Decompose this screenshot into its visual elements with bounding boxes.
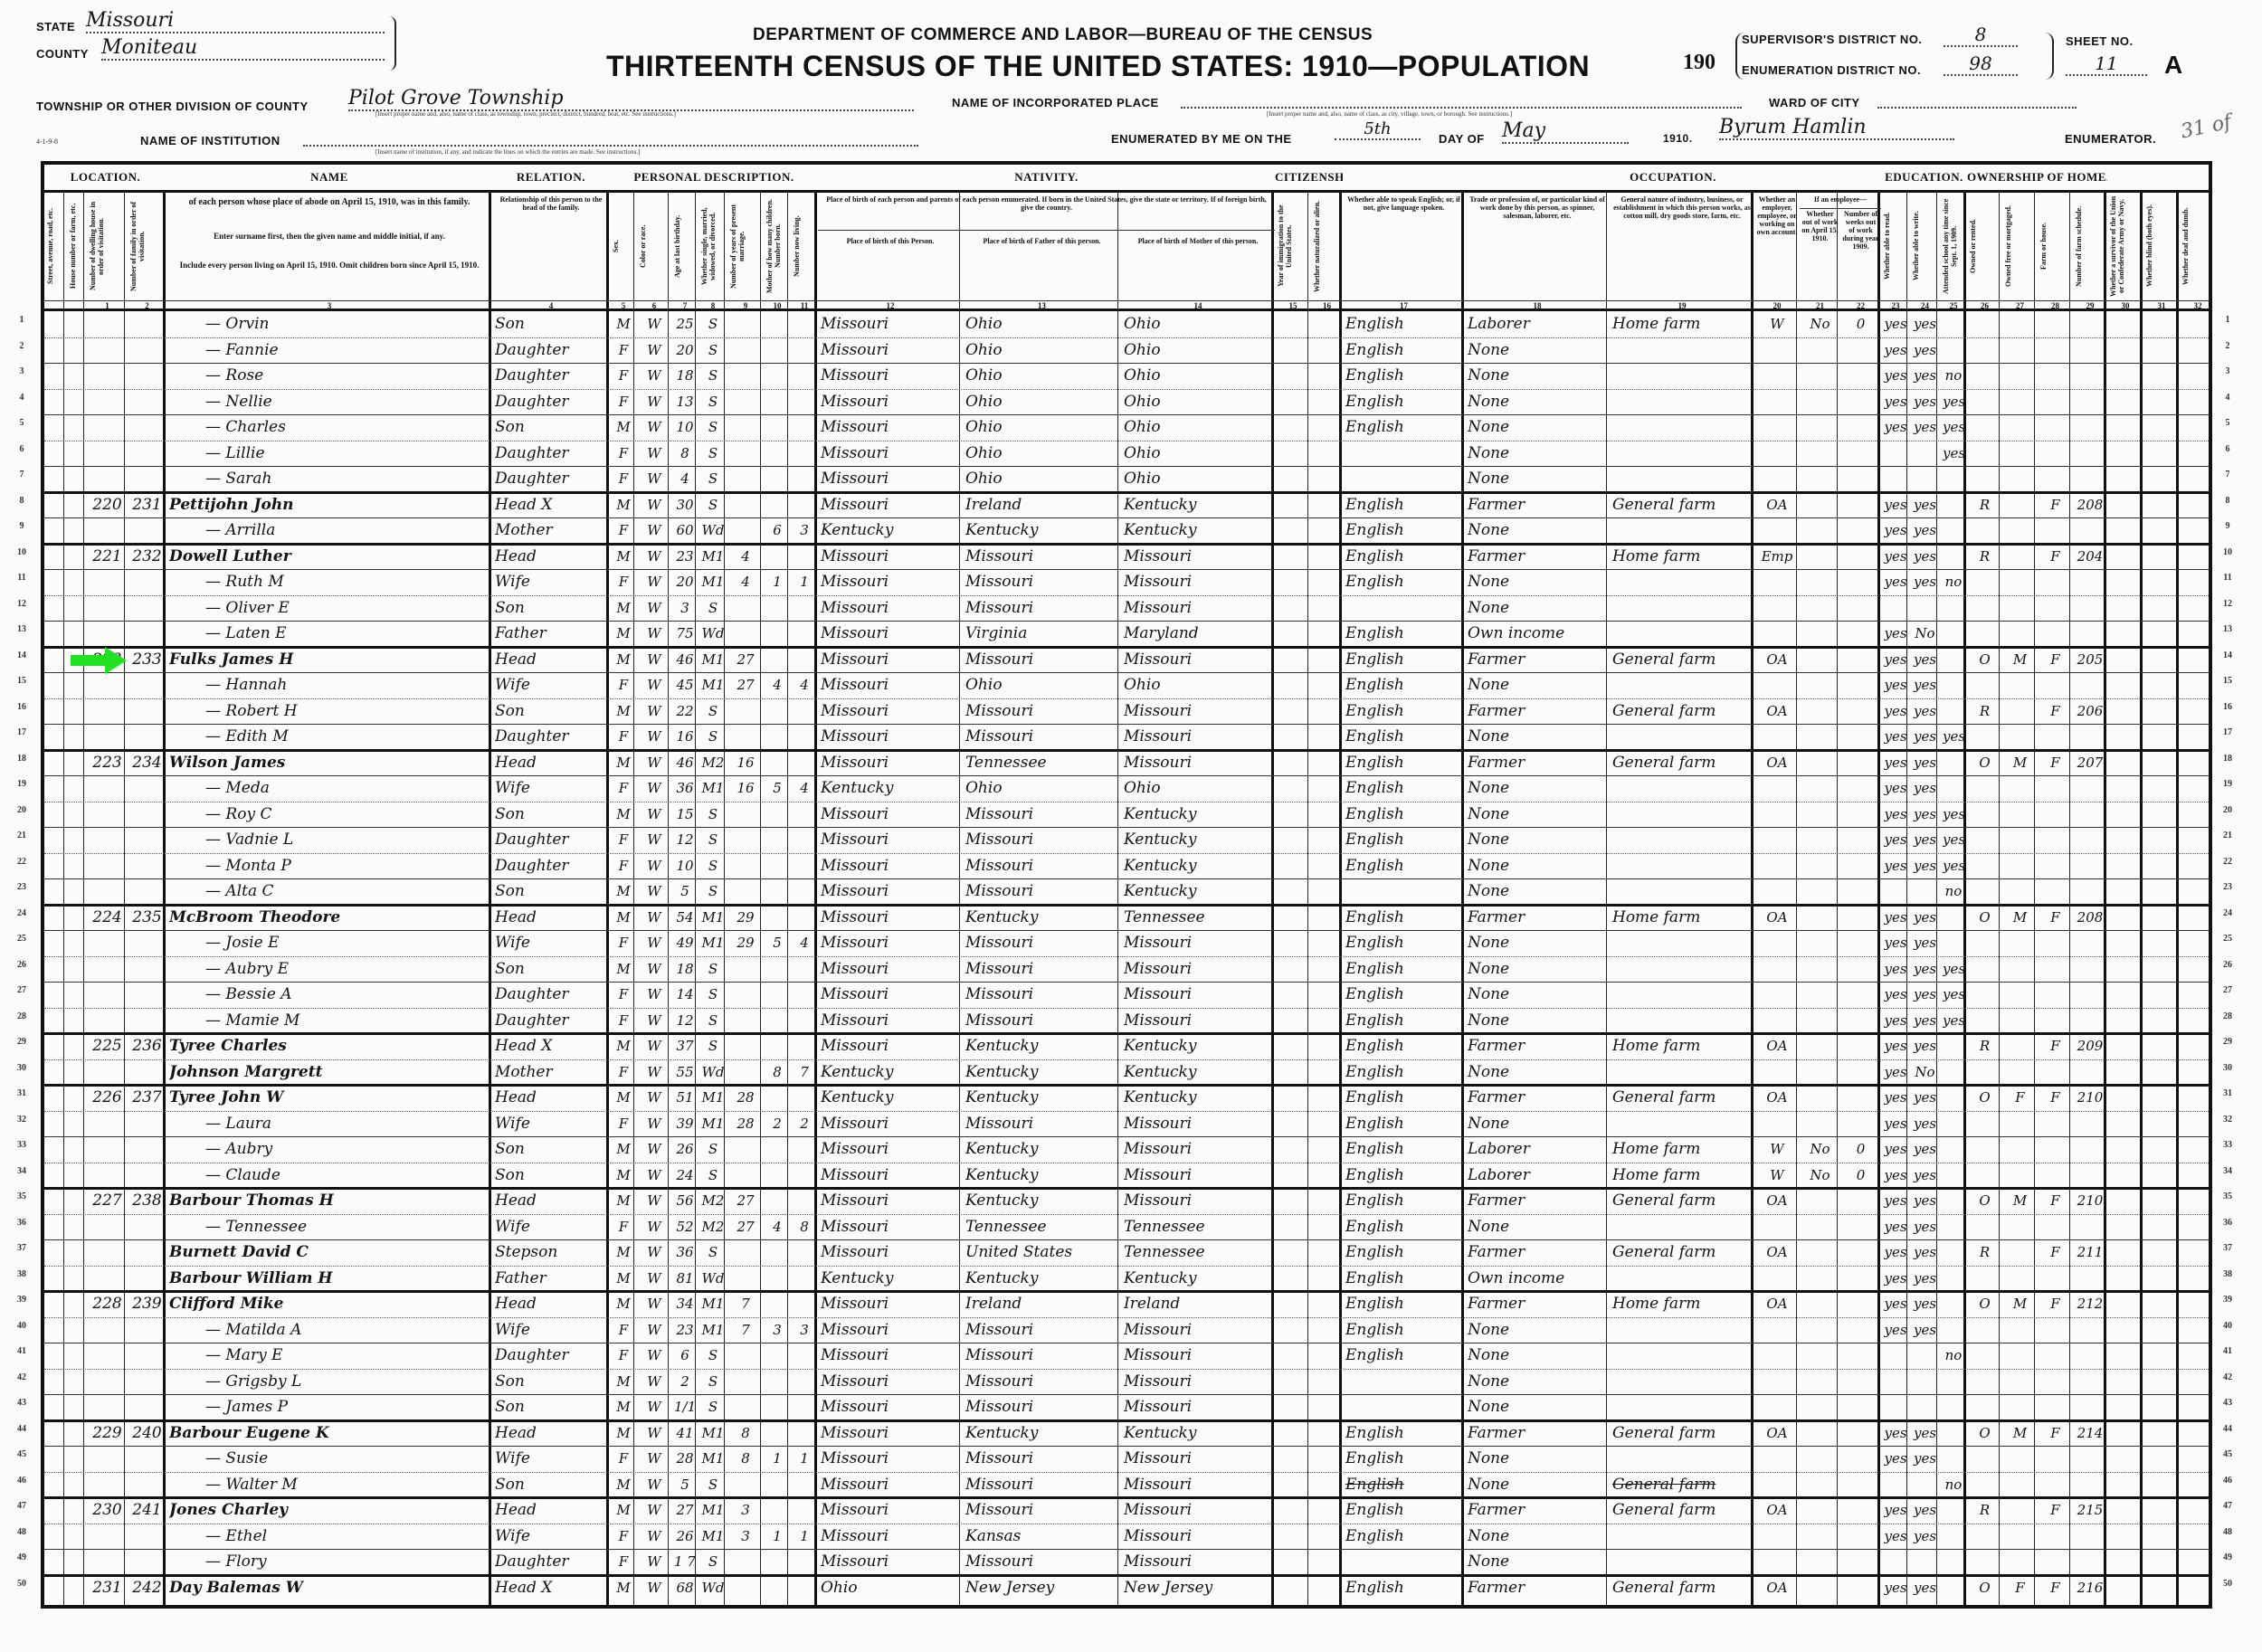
table-row: Barbour William HFatherMW81WdKentuckyKen… bbox=[44, 1266, 2209, 1292]
column-number: 3 bbox=[166, 301, 492, 310]
cell-fbp: Kentucky bbox=[965, 1137, 1118, 1162]
cell-read: yes bbox=[1884, 1318, 1907, 1343]
line-number: 12 bbox=[2219, 599, 2237, 609]
column-header-marital: Whether single, married, widowed, or div… bbox=[700, 195, 726, 297]
cell-trade: Farmer bbox=[1468, 1498, 1607, 1523]
line-number: 49 bbox=[2219, 1552, 2237, 1562]
column-header-birth-father: Place of birth of Father of this person. bbox=[965, 237, 1119, 297]
cell-color: W bbox=[640, 518, 669, 543]
cell-write: yes bbox=[1913, 518, 1937, 543]
cell-read: yes bbox=[1884, 1060, 1907, 1085]
cell-fbp: Ohio bbox=[965, 364, 1118, 388]
cell-bp: Missouri bbox=[821, 1447, 960, 1471]
cell-write: yes bbox=[1913, 1524, 1937, 1549]
line-number: 30 bbox=[2219, 1063, 2237, 1073]
cell-sched: 214 bbox=[2076, 1421, 2105, 1446]
line-number: 20 bbox=[13, 805, 31, 815]
cell-sex: M bbox=[613, 1267, 634, 1291]
table-row: 230241Jones CharleyHeadMW27M13MissouriMi… bbox=[44, 1497, 2209, 1524]
cell-fbp: Missouri bbox=[965, 1473, 1118, 1497]
cell-read: yes bbox=[1884, 1576, 1907, 1600]
cell-write: yes bbox=[1913, 338, 1937, 363]
cell-fbp: Missouri bbox=[965, 1318, 1118, 1343]
cell-read: yes bbox=[1884, 699, 1907, 724]
cell-color: W bbox=[640, 854, 669, 878]
incorporated-label: NAME OF INCORPORATED PLACE bbox=[952, 96, 1159, 109]
cell-write: yes bbox=[1913, 931, 1937, 955]
cell-emp: W bbox=[1757, 312, 1797, 337]
cell-mbp: Tennessee bbox=[1124, 1240, 1272, 1265]
cell-sex: M bbox=[613, 493, 634, 517]
cell-fbp: Kentucky bbox=[965, 1267, 1118, 1291]
cell-lang: English bbox=[1345, 673, 1462, 698]
cell-dwelling: 224 bbox=[90, 906, 125, 930]
line-number: 19 bbox=[2219, 779, 2237, 789]
cell-own: O bbox=[1970, 1576, 2000, 1600]
township-label: TOWNSHIP OR OTHER DIVISION OF COUNTY bbox=[36, 100, 309, 113]
line-number: 47 bbox=[13, 1501, 31, 1511]
cell-family: 239 bbox=[130, 1292, 164, 1316]
cell-lang: English bbox=[1345, 751, 1462, 775]
cell-age: 26 bbox=[674, 1137, 696, 1162]
cell-school: yes bbox=[1943, 390, 1964, 414]
cell-name: Burnett David C bbox=[169, 1240, 489, 1265]
cell-family: 237 bbox=[130, 1086, 164, 1110]
cell-school: yes bbox=[1943, 828, 1964, 852]
table-row: — Robert HSonMW22SMissouriMissouriMissou… bbox=[44, 698, 2209, 725]
cell-born: 1 bbox=[766, 570, 788, 594]
line-number: 20 bbox=[2219, 805, 2237, 815]
cell-sex: F bbox=[613, 1550, 634, 1574]
line-number: 11 bbox=[13, 573, 31, 583]
cell-name: — Monta P bbox=[169, 854, 526, 878]
cell-color: W bbox=[640, 622, 669, 646]
cell-marital: M1 bbox=[701, 570, 725, 594]
column-header-trade: Trade or profession of, or particular ki… bbox=[1467, 195, 1608, 297]
cell-trade: None bbox=[1468, 983, 1607, 1007]
cell-read: yes bbox=[1884, 854, 1907, 878]
name-instructions-3: Include every person living on April 15,… bbox=[171, 261, 488, 282]
cell-living: 1 bbox=[794, 570, 815, 594]
table-row: — Ruth MWifeFW20M1411MissouriMissouriMis… bbox=[44, 569, 2209, 595]
cell-name: — Nellie bbox=[169, 390, 526, 414]
cell-age: 46 bbox=[674, 648, 696, 672]
cell-fbp: Ohio bbox=[965, 312, 1118, 337]
cell-lang: English bbox=[1345, 390, 1462, 414]
cell-color: W bbox=[640, 751, 669, 775]
cell-dwelling: 229 bbox=[90, 1421, 125, 1446]
cell-emp: OA bbox=[1757, 648, 1797, 672]
cell-color: W bbox=[640, 338, 669, 363]
cell-living: 1 bbox=[794, 1524, 815, 1549]
cell-color: W bbox=[640, 596, 669, 621]
column-header-write: Whether able to write. bbox=[1912, 195, 1938, 297]
cell-fbp: Kansas bbox=[965, 1524, 1118, 1549]
column-header-weeks-out: Number of weeks out of work during year … bbox=[1842, 210, 1879, 297]
supervisor-number: 8 bbox=[1944, 24, 2018, 47]
cell-relation: Son bbox=[495, 1473, 607, 1497]
cell-mort: F bbox=[2005, 1086, 2035, 1110]
table-row: — Grigsby LSonMW2SMissouriMissouriMissou… bbox=[44, 1369, 2209, 1395]
cell-read: yes bbox=[1884, 1189, 1907, 1213]
line-number: 28 bbox=[13, 1011, 31, 1021]
cell-age: 55 bbox=[674, 1060, 696, 1085]
cell-trade: None bbox=[1468, 364, 1607, 388]
table-row: 226237Tyree John WHeadMW51M128KentuckyKe… bbox=[44, 1085, 2209, 1111]
column-group-citizenship: CITIZENSHIP. bbox=[1275, 170, 1343, 185]
cell-color: W bbox=[640, 776, 669, 801]
cell-bp: Missouri bbox=[821, 338, 960, 363]
cell-mbp: Kentucky bbox=[1124, 1267, 1272, 1291]
cell-mbp: Ohio bbox=[1124, 364, 1272, 388]
cell-color: W bbox=[640, 415, 669, 440]
cell-mbp: Missouri bbox=[1124, 1498, 1272, 1523]
cell-weeks: 0 bbox=[1843, 312, 1878, 337]
state-value: Missouri bbox=[86, 9, 385, 33]
cell-color: W bbox=[640, 957, 669, 982]
cell-name: — Tennessee bbox=[169, 1215, 526, 1239]
cell-family: 233 bbox=[130, 648, 164, 672]
cell-age: 8 bbox=[674, 441, 696, 466]
cell-name: Pettijohn John bbox=[169, 493, 489, 517]
line-number: 45 bbox=[2219, 1449, 2237, 1459]
cell-fbp: Ohio bbox=[965, 338, 1118, 363]
cell-read: yes bbox=[1884, 931, 1907, 955]
ward-label: WARD OF CITY bbox=[1769, 96, 1860, 109]
cell-mbp: Kentucky bbox=[1124, 518, 1272, 543]
bracket bbox=[2045, 33, 2054, 80]
cell-read: yes bbox=[1884, 828, 1907, 852]
cell-fbp: Missouri bbox=[965, 725, 1118, 749]
cell-trade: None bbox=[1468, 390, 1607, 414]
cell-family: 238 bbox=[130, 1189, 164, 1213]
cell-own: R bbox=[1970, 1034, 2000, 1059]
cell-mbp: Missouri bbox=[1124, 1447, 1272, 1471]
cell-sched: 207 bbox=[2076, 751, 2105, 775]
cell-sched: 215 bbox=[2076, 1498, 2105, 1523]
cell-age: 1/12 bbox=[674, 1395, 696, 1419]
cell-relation: Wife bbox=[495, 570, 607, 594]
enumerator-name: Byrum Hamlin bbox=[1719, 116, 1954, 140]
cell-trade: None bbox=[1468, 1550, 1607, 1574]
cell-sex: M bbox=[613, 802, 634, 827]
cell-read: yes bbox=[1884, 493, 1907, 517]
cell-age: 36 bbox=[674, 776, 696, 801]
cell-read: yes bbox=[1884, 1034, 1907, 1059]
margin-note: 31 of bbox=[2179, 110, 2233, 143]
cell-bp: Missouri bbox=[821, 622, 960, 646]
cell-fbp: Missouri bbox=[965, 648, 1118, 672]
cell-write: No bbox=[1913, 622, 1937, 646]
cell-yrs: 29 bbox=[730, 931, 761, 955]
column-number: 1 bbox=[87, 301, 128, 310]
cell-read: yes bbox=[1884, 1498, 1907, 1523]
cell-yrs: 27 bbox=[730, 673, 761, 698]
cell-relation: Wife bbox=[495, 673, 607, 698]
cell-own: O bbox=[1970, 1292, 2000, 1316]
cell-fbp: Kentucky bbox=[965, 1034, 1118, 1059]
table-row: 224235McBroom TheodoreHeadMW54M129Missou… bbox=[44, 905, 2209, 931]
column-header-school: Attended school any time since Sept. 1, … bbox=[1942, 195, 1965, 297]
cell-relation: Wife bbox=[495, 1447, 607, 1471]
cell-name: — Hannah bbox=[169, 673, 526, 698]
cell-age: 20 bbox=[674, 570, 696, 594]
line-number: 46 bbox=[13, 1476, 31, 1486]
cell-bp: Missouri bbox=[821, 1112, 960, 1136]
line-number: 22 bbox=[13, 857, 31, 867]
cell-out: No bbox=[1802, 312, 1838, 337]
table-row: — ArrillaMotherFW60Wd63KentuckyKentuckyK… bbox=[44, 517, 2209, 544]
cell-marital: S bbox=[701, 415, 725, 440]
cell-relation: Daughter bbox=[495, 1009, 607, 1033]
cell-lang: English bbox=[1345, 1215, 1462, 1239]
cell-own: O bbox=[1970, 906, 2000, 930]
cell-relation: Daughter bbox=[495, 725, 607, 749]
cell-trade: None bbox=[1468, 1395, 1607, 1419]
cell-trade: None bbox=[1468, 518, 1607, 543]
cell-mbp: New Jersey bbox=[1124, 1576, 1272, 1600]
cell-marital: S bbox=[701, 879, 725, 904]
line-number: 50 bbox=[13, 1579, 31, 1589]
cell-own: O bbox=[1970, 1421, 2000, 1446]
cell-age: 34 bbox=[674, 1292, 696, 1316]
cell-relation: Head X bbox=[495, 1576, 607, 1600]
cell-sex: M bbox=[613, 1189, 634, 1213]
cell-bp: Missouri bbox=[821, 467, 960, 491]
cell-relation: Son bbox=[495, 1370, 607, 1394]
cell-bp: Missouri bbox=[821, 1498, 960, 1523]
table-row: — Bessie ADaughterFW14SMissouriMissouriM… bbox=[44, 982, 2209, 1008]
cell-mbp: Kentucky bbox=[1124, 1034, 1272, 1059]
cell-relation: Daughter bbox=[495, 854, 607, 878]
cell-lang: English bbox=[1345, 1240, 1462, 1265]
cell-school: yes bbox=[1943, 957, 1964, 982]
cell-sex: M bbox=[613, 906, 634, 930]
cell-marital: S bbox=[701, 1395, 725, 1419]
cell-fbp: Ireland bbox=[965, 493, 1118, 517]
table-row: — OrvinSonMW25SMissouriOhioOhioEnglishLa… bbox=[44, 311, 2209, 337]
cell-lang: English bbox=[1345, 415, 1462, 440]
institution-note: [Insert name of institution, if any, and… bbox=[375, 148, 641, 156]
line-number: 14 bbox=[2219, 650, 2237, 660]
cell-read: yes bbox=[1884, 725, 1907, 749]
column-number: 14 bbox=[1121, 301, 1275, 310]
cell-write: yes bbox=[1913, 673, 1937, 698]
column-number: 28 bbox=[2038, 301, 2073, 310]
line-number: 38 bbox=[2219, 1269, 2237, 1279]
cell-trade: None bbox=[1468, 1447, 1607, 1471]
line-number: 29 bbox=[2219, 1037, 2237, 1047]
cell-read: yes bbox=[1884, 1112, 1907, 1136]
cell-bp: Missouri bbox=[821, 364, 960, 388]
cell-marital: S bbox=[701, 364, 725, 388]
cell-marital: M2 bbox=[701, 751, 725, 775]
cell-mbp: Ohio bbox=[1124, 338, 1272, 363]
cell-born: 4 bbox=[766, 673, 788, 698]
cell-dwelling: 223 bbox=[90, 751, 125, 775]
cell-read: yes bbox=[1884, 518, 1907, 543]
cell-marital: Wd bbox=[701, 518, 725, 543]
group-header-divider bbox=[44, 190, 2209, 193]
day-of-label: DAY OF bbox=[1439, 132, 1485, 146]
line-number: 39 bbox=[13, 1295, 31, 1305]
column-header-years-married: Number of years of present marriage. bbox=[729, 195, 762, 297]
line-number: 50 bbox=[2219, 1579, 2237, 1589]
line-number: 17 bbox=[13, 727, 31, 737]
cell-bp: Missouri bbox=[821, 1550, 960, 1574]
cell-sex: M bbox=[613, 1086, 634, 1110]
cell-born: 4 bbox=[766, 1215, 788, 1239]
column-number: 30 bbox=[2107, 301, 2143, 310]
cell-sex: F bbox=[613, 983, 634, 1007]
cell-fbp: Missouri bbox=[965, 957, 1118, 982]
cell-born: 8 bbox=[766, 1060, 788, 1085]
household-divider bbox=[44, 1419, 2209, 1422]
cell-bp: Missouri bbox=[821, 312, 960, 337]
cell-name: — Susie bbox=[169, 1447, 526, 1471]
line-number: 28 bbox=[2219, 1011, 2237, 1021]
column-number: 29 bbox=[2073, 301, 2107, 310]
cell-write: yes bbox=[1913, 415, 1937, 440]
cell-age: 14 bbox=[674, 983, 696, 1007]
cell-dwelling: 228 bbox=[90, 1292, 125, 1316]
cell-fbp: Missouri bbox=[965, 699, 1118, 724]
cell-marital: S bbox=[701, 854, 725, 878]
cell-bp: Missouri bbox=[821, 1034, 960, 1059]
cell-name: Barbour Thomas H bbox=[169, 1189, 489, 1213]
cell-age: 23 bbox=[674, 545, 696, 569]
cell-relation: Wife bbox=[495, 931, 607, 955]
cell-sex: F bbox=[613, 1524, 634, 1549]
cell-color: W bbox=[640, 802, 669, 827]
cell-read: yes bbox=[1884, 1009, 1907, 1033]
cell-bp: Ohio bbox=[821, 1576, 960, 1600]
cell-color: W bbox=[640, 1215, 669, 1239]
cell-lang: English bbox=[1345, 776, 1462, 801]
cell-mbp: Missouri bbox=[1124, 1009, 1272, 1033]
cell-read: yes bbox=[1884, 364, 1907, 388]
cell-school: yes bbox=[1943, 725, 1964, 749]
table-row: — LillieDaughterFW8SMissouriOhioOhioNone… bbox=[44, 441, 2209, 467]
cell-read: yes bbox=[1884, 1240, 1907, 1265]
cell-sex: M bbox=[613, 957, 634, 982]
state-label: STATE bbox=[36, 20, 75, 33]
cell-marital: S bbox=[701, 957, 725, 982]
column-header-employer: Whether an employer, employee, or workin… bbox=[1756, 195, 1798, 297]
name-instructions-2: Enter surname first, then the given name… bbox=[171, 232, 488, 253]
table-row: 228239Clifford MikeHeadMW34M17MissouriIr… bbox=[44, 1291, 2209, 1317]
cell-sched: 204 bbox=[2076, 545, 2105, 569]
cell-age: 52 bbox=[674, 1215, 696, 1239]
cell-lang: English bbox=[1345, 338, 1462, 363]
cell-bp: Missouri bbox=[821, 493, 960, 517]
cell-marital: M1 bbox=[701, 1524, 725, 1549]
cell-sex: M bbox=[613, 1137, 634, 1162]
column-number: 23 bbox=[1881, 301, 1910, 310]
cell-mort: M bbox=[2005, 1421, 2035, 1446]
line-number: 7 bbox=[2219, 470, 2237, 479]
cell-age: 30 bbox=[674, 493, 696, 517]
column-number: 32 bbox=[2180, 301, 2216, 310]
line-number: 1 bbox=[13, 315, 31, 325]
cell-out: No bbox=[1802, 1163, 1838, 1188]
cell-color: W bbox=[640, 1343, 669, 1368]
cell-marital: M1 bbox=[701, 1086, 725, 1110]
cell-sex: M bbox=[613, 1292, 634, 1316]
cell-mbp: Ohio bbox=[1124, 673, 1272, 698]
cell-fbp: Virginia bbox=[965, 622, 1118, 646]
cell-write: yes bbox=[1913, 1292, 1937, 1316]
line-number: 9 bbox=[2219, 521, 2237, 531]
cell-name: Dowell Luther bbox=[169, 545, 489, 569]
column-header-sex: Sex. bbox=[612, 195, 635, 297]
cell-read: yes bbox=[1884, 1447, 1907, 1471]
cell-fbp: Kentucky bbox=[965, 1421, 1118, 1446]
cell-color: W bbox=[640, 1447, 669, 1471]
cell-emp: OA bbox=[1757, 906, 1797, 930]
cell-color: W bbox=[640, 1163, 669, 1188]
line-number: 7 bbox=[13, 470, 31, 479]
cell-name: Jones Charley bbox=[169, 1498, 489, 1523]
cell-color: W bbox=[640, 441, 669, 466]
form-number: 4-1-9-8 bbox=[36, 138, 58, 146]
cell-sex: M bbox=[613, 545, 634, 569]
column-header-dwelling: Number of dwelling house in order of vis… bbox=[89, 195, 126, 297]
cell-color: W bbox=[640, 570, 669, 594]
cell-marital: M1 bbox=[701, 545, 725, 569]
cell-mbp: Kentucky bbox=[1124, 854, 1272, 878]
cell-fbp: Missouri bbox=[965, 1550, 1118, 1574]
cell-age: 54 bbox=[674, 906, 696, 930]
cell-emp: OA bbox=[1757, 1498, 1797, 1523]
cell-read: yes bbox=[1884, 1137, 1907, 1162]
cell-yrs: 27 bbox=[730, 1189, 761, 1213]
table-row: — Roy CSonMW15SMissouriMissouriKentuckyE… bbox=[44, 802, 2209, 828]
column-number: 7 bbox=[671, 301, 699, 310]
cell-sched: 210 bbox=[2076, 1189, 2105, 1213]
line-number: 41 bbox=[13, 1346, 31, 1356]
cell-trade: None bbox=[1468, 802, 1607, 827]
cell-lang: English bbox=[1345, 1112, 1462, 1136]
cell-relation: Son bbox=[495, 1137, 607, 1162]
cell-trade: Farmer bbox=[1468, 648, 1607, 672]
cell-sex: F bbox=[613, 518, 634, 543]
cell-own: O bbox=[1970, 751, 2000, 775]
cell-own: O bbox=[1970, 1086, 2000, 1110]
line-number: 31 bbox=[13, 1088, 31, 1098]
cell-relation: Son bbox=[495, 1395, 607, 1419]
cell-lang: English bbox=[1345, 1163, 1462, 1188]
cell-born: 5 bbox=[766, 931, 788, 955]
cell-bp: Missouri bbox=[821, 854, 960, 878]
cell-fbp: Kentucky bbox=[965, 1086, 1118, 1110]
cell-school: yes bbox=[1943, 854, 1964, 878]
cell-write: yes bbox=[1913, 957, 1937, 982]
cell-out: No bbox=[1802, 1137, 1838, 1162]
cell-color: W bbox=[640, 1576, 669, 1600]
cell-sex: F bbox=[613, 364, 634, 388]
line-number: 27 bbox=[13, 985, 31, 995]
table-row: — MedaWifeFW36M11654KentuckyOhioOhioEngl… bbox=[44, 775, 2209, 802]
column-header-farm-house: Farm or house. bbox=[2039, 195, 2071, 297]
cell-color: W bbox=[640, 828, 669, 852]
table-row: 231242Day Balemas WHead XMW68WdOhioNew J… bbox=[44, 1575, 2209, 1601]
cell-trade: None bbox=[1468, 596, 1607, 621]
column-number: 19 bbox=[1610, 301, 1754, 310]
cell-trade: Farmer bbox=[1468, 1086, 1607, 1110]
cell-age: 18 bbox=[674, 364, 696, 388]
cell-marital: M1 bbox=[701, 1447, 725, 1471]
